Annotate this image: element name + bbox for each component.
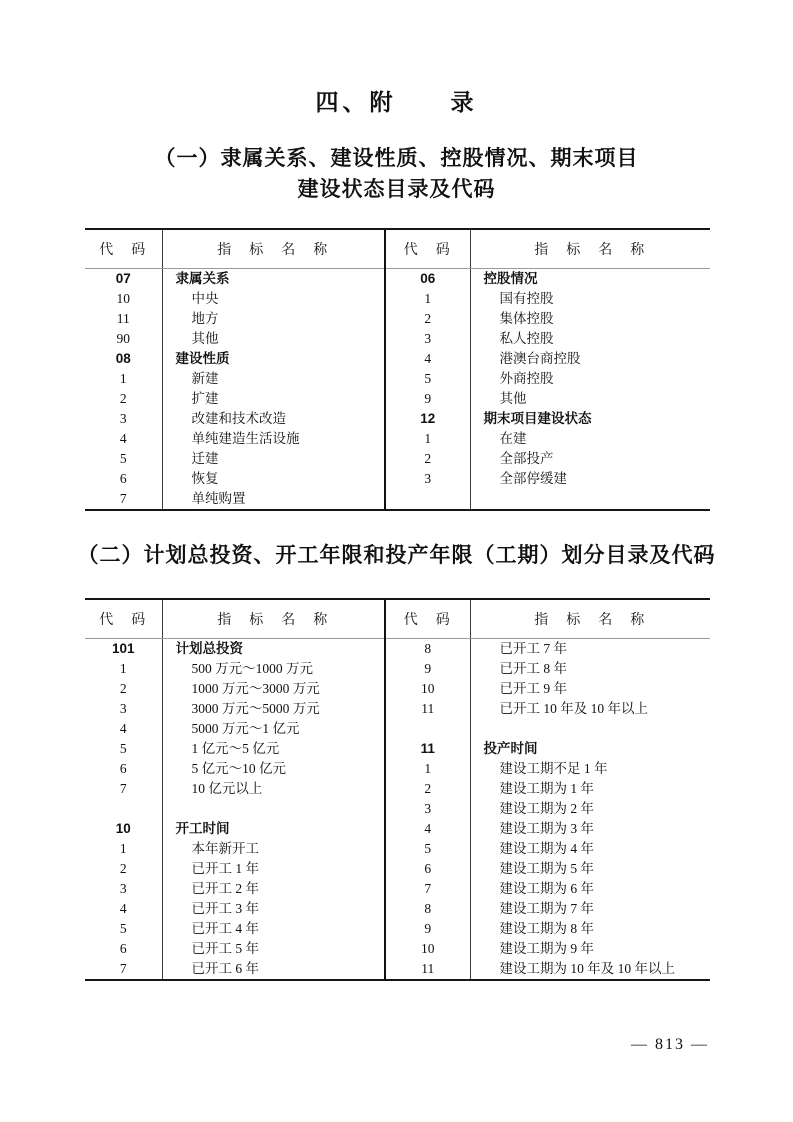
code-cell: 2 bbox=[85, 389, 162, 409]
indicator-name-cell: 中央 bbox=[162, 289, 385, 309]
code-cell: 12 bbox=[385, 409, 470, 429]
code-cell: 7 bbox=[85, 489, 162, 510]
table-row: 65 亿元～10 亿元1建设工期不足 1 年 bbox=[85, 759, 710, 779]
indicator-name-cell: 已开工 2 年 bbox=[162, 879, 385, 899]
page-title: 四、附 录 bbox=[0, 84, 793, 117]
code-cell: 9 bbox=[385, 389, 470, 409]
indicator-name-cell: 本年新开工 bbox=[162, 839, 385, 859]
code-cell: 5 bbox=[385, 839, 470, 859]
table-row: 5已开工 4 年9建设工期为 8 年 bbox=[85, 919, 710, 939]
indicator-name-cell: 建设工期为 10 年及 10 年以上 bbox=[470, 959, 710, 980]
section1-title: （一）隶属关系、建设性质、控股情况、期末项目 建设状态目录及代码 bbox=[0, 143, 793, 205]
code-cell: 3 bbox=[385, 469, 470, 489]
indicator-name-cell: 国有控股 bbox=[470, 289, 710, 309]
code-cell: 4 bbox=[85, 899, 162, 919]
indicator-name-cell: 建设工期为 4 年 bbox=[470, 839, 710, 859]
table-row: 11地方2集体控股 bbox=[85, 309, 710, 329]
code-cell: 08 bbox=[85, 349, 162, 369]
indicator-name-cell: 1 亿元～5 亿元 bbox=[162, 739, 385, 759]
indicator-name-cell: 10 亿元以上 bbox=[162, 779, 385, 799]
code-cell bbox=[85, 799, 162, 819]
code-cell: 10 bbox=[85, 289, 162, 309]
code-cell: 2 bbox=[385, 449, 470, 469]
table-row: 90其他3私人控股 bbox=[85, 329, 710, 349]
code-cell: 9 bbox=[385, 659, 470, 679]
document-page: 四、附 录 （一）隶属关系、建设性质、控股情况、期末项目 建设状态目录及代码 代… bbox=[0, 0, 793, 1122]
indicator-name-cell: 计划总投资 bbox=[162, 638, 385, 659]
header-code-right: 代 码 bbox=[385, 599, 470, 638]
code-cell: 1 bbox=[85, 659, 162, 679]
table-row: 710 亿元以上2建设工期为 1 年 bbox=[85, 779, 710, 799]
header-name-left: 指 标 名 称 bbox=[162, 229, 385, 268]
indicator-name-cell: 新建 bbox=[162, 369, 385, 389]
indicator-name-cell: 建设工期为 9 年 bbox=[470, 939, 710, 959]
code-cell: 10 bbox=[385, 939, 470, 959]
table-row: 10开工时间4建设工期为 3 年 bbox=[85, 819, 710, 839]
code-cell bbox=[385, 719, 470, 739]
indicator-name-cell: 私人控股 bbox=[470, 329, 710, 349]
indicator-name-cell: 外商控股 bbox=[470, 369, 710, 389]
table-header-row: 代 码 指 标 名 称 代 码 指 标 名 称 bbox=[85, 599, 710, 638]
indicator-name-cell: 隶属关系 bbox=[162, 268, 385, 289]
indicator-name-cell: 建设工期为 5 年 bbox=[470, 859, 710, 879]
code-cell: 06 bbox=[385, 268, 470, 289]
code-cell: 3 bbox=[85, 699, 162, 719]
code-cell: 5 bbox=[85, 919, 162, 939]
table1-body: 07隶属关系06控股情况10中央1国有控股11地方2集体控股90其他3私人控股0… bbox=[85, 268, 710, 510]
code-cell: 07 bbox=[85, 268, 162, 289]
code-cell: 8 bbox=[385, 638, 470, 659]
table-header-row: 代 码 指 标 名 称 代 码 指 标 名 称 bbox=[85, 229, 710, 268]
indicator-name-cell: 建设性质 bbox=[162, 349, 385, 369]
indicator-name-cell: 迁建 bbox=[162, 449, 385, 469]
code-cell: 3 bbox=[85, 879, 162, 899]
indicator-name-cell: 建设工期为 3 年 bbox=[470, 819, 710, 839]
code-cell: 6 bbox=[385, 859, 470, 879]
indicator-name-cell: 3000 万元～5000 万元 bbox=[162, 699, 385, 719]
code-cell: 5 bbox=[85, 449, 162, 469]
code-cell: 11 bbox=[385, 739, 470, 759]
table-row: 4已开工 3 年8建设工期为 7 年 bbox=[85, 899, 710, 919]
code-cell: 1 bbox=[385, 429, 470, 449]
code-cell: 5 bbox=[85, 739, 162, 759]
code-cell: 4 bbox=[85, 429, 162, 449]
indicator-name-cell: 港澳台商控股 bbox=[470, 349, 710, 369]
table-row: 1新建5外商控股 bbox=[85, 369, 710, 389]
table2-header: 代 码 指 标 名 称 代 码 指 标 名 称 bbox=[85, 599, 710, 638]
table-row: 1本年新开工5建设工期为 4 年 bbox=[85, 839, 710, 859]
indicator-name-cell: 已开工 3 年 bbox=[162, 899, 385, 919]
indicator-name-cell: 单纯建造生活设施 bbox=[162, 429, 385, 449]
code-cell: 2 bbox=[385, 779, 470, 799]
section2-title: （二）计划总投资、开工年限和投产年限（工期）划分目录及代码 bbox=[0, 540, 793, 571]
header-name-right: 指 标 名 称 bbox=[470, 599, 710, 638]
table-row: 3建设工期为 2 年 bbox=[85, 799, 710, 819]
code-cell: 3 bbox=[385, 329, 470, 349]
code-cell: 7 bbox=[85, 779, 162, 799]
indicator-name-cell: 期末项目建设状态 bbox=[470, 409, 710, 429]
indicator-name-cell: 500 万元～1000 万元 bbox=[162, 659, 385, 679]
code-cell: 2 bbox=[385, 309, 470, 329]
code-cell: 90 bbox=[85, 329, 162, 349]
table-row: 08建设性质4港澳台商控股 bbox=[85, 349, 710, 369]
indicator-name-cell: 全部停缓建 bbox=[470, 469, 710, 489]
indicator-name-cell: 开工时间 bbox=[162, 819, 385, 839]
indicator-name-cell: 地方 bbox=[162, 309, 385, 329]
indicator-name-cell: 改建和技术改造 bbox=[162, 409, 385, 429]
table1-header: 代 码 指 标 名 称 代 码 指 标 名 称 bbox=[85, 229, 710, 268]
code-cell: 10 bbox=[85, 819, 162, 839]
code-cell: 3 bbox=[385, 799, 470, 819]
indicator-name-cell: 已开工 7 年 bbox=[470, 638, 710, 659]
table-row: 6已开工 5 年10建设工期为 9 年 bbox=[85, 939, 710, 959]
header-code-right: 代 码 bbox=[385, 229, 470, 268]
header-code-left: 代 码 bbox=[85, 229, 162, 268]
codes-table-investment-duration: 代 码 指 标 名 称 代 码 指 标 名 称 101计划总投资8已开工 7 年… bbox=[85, 598, 710, 981]
code-cell: 4 bbox=[385, 819, 470, 839]
indicator-name-cell: 建设工期为 2 年 bbox=[470, 799, 710, 819]
code-cell: 9 bbox=[385, 919, 470, 939]
table-row: 21000 万元～3000 万元10已开工 9 年 bbox=[85, 679, 710, 699]
code-cell: 1 bbox=[385, 759, 470, 779]
code-cell: 6 bbox=[85, 759, 162, 779]
indicator-name-cell: 其他 bbox=[470, 389, 710, 409]
code-cell: 7 bbox=[85, 959, 162, 980]
header-name-left: 指 标 名 称 bbox=[162, 599, 385, 638]
indicator-name-cell: 建设工期为 8 年 bbox=[470, 919, 710, 939]
code-cell: 2 bbox=[85, 859, 162, 879]
table-row: 5迁建2全部投产 bbox=[85, 449, 710, 469]
page-number: — 813 — bbox=[631, 1036, 709, 1054]
table-row: 2扩建9其他 bbox=[85, 389, 710, 409]
table2-body: 101计划总投资8已开工 7 年1500 万元～1000 万元9已开工 8 年2… bbox=[85, 638, 710, 980]
code-cell: 4 bbox=[385, 349, 470, 369]
indicator-name-cell bbox=[470, 489, 710, 510]
table-row: 3改建和技术改造12期末项目建设状态 bbox=[85, 409, 710, 429]
code-cell: 8 bbox=[385, 899, 470, 919]
indicator-name-cell bbox=[470, 719, 710, 739]
indicator-name-cell: 控股情况 bbox=[470, 268, 710, 289]
code-cell: 7 bbox=[385, 879, 470, 899]
code-cell: 6 bbox=[85, 939, 162, 959]
table-row: 07隶属关系06控股情况 bbox=[85, 268, 710, 289]
indicator-name-cell: 已开工 1 年 bbox=[162, 859, 385, 879]
code-cell: 3 bbox=[85, 409, 162, 429]
indicator-name-cell: 投产时间 bbox=[470, 739, 710, 759]
indicator-name-cell: 已开工 10 年及 10 年以上 bbox=[470, 699, 710, 719]
indicator-name-cell: 5000 万元～1 亿元 bbox=[162, 719, 385, 739]
table-row: 1500 万元～1000 万元9已开工 8 年 bbox=[85, 659, 710, 679]
code-cell: 5 bbox=[385, 369, 470, 389]
indicator-name-cell: 集体控股 bbox=[470, 309, 710, 329]
table-row: 7单纯购置 bbox=[85, 489, 710, 510]
table-row: 101计划总投资8已开工 7 年 bbox=[85, 638, 710, 659]
indicator-name-cell: 建设工期不足 1 年 bbox=[470, 759, 710, 779]
indicator-name-cell: 恢复 bbox=[162, 469, 385, 489]
code-cell: 1 bbox=[85, 839, 162, 859]
table-row: 6恢复3全部停缓建 bbox=[85, 469, 710, 489]
indicator-name-cell bbox=[162, 799, 385, 819]
code-cell: 101 bbox=[85, 638, 162, 659]
codes-table-affiliation-status: 代 码 指 标 名 称 代 码 指 标 名 称 07隶属关系06控股情况10中央… bbox=[85, 228, 710, 511]
table-row: 33000 万元～5000 万元11已开工 10 年及 10 年以上 bbox=[85, 699, 710, 719]
indicator-name-cell: 1000 万元～3000 万元 bbox=[162, 679, 385, 699]
code-cell: 4 bbox=[85, 719, 162, 739]
header-name-right: 指 标 名 称 bbox=[470, 229, 710, 268]
indicator-name-cell: 已开工 5 年 bbox=[162, 939, 385, 959]
indicator-name-cell: 已开工 4 年 bbox=[162, 919, 385, 939]
indicator-name-cell: 单纯购置 bbox=[162, 489, 385, 510]
table-row: 51 亿元～5 亿元11投产时间 bbox=[85, 739, 710, 759]
code-cell bbox=[385, 489, 470, 510]
table-row: 3已开工 2 年7建设工期为 6 年 bbox=[85, 879, 710, 899]
table-row: 2已开工 1 年6建设工期为 5 年 bbox=[85, 859, 710, 879]
indicator-name-cell: 已开工 8 年 bbox=[470, 659, 710, 679]
code-cell: 6 bbox=[85, 469, 162, 489]
code-cell: 11 bbox=[85, 309, 162, 329]
indicator-name-cell: 5 亿元～10 亿元 bbox=[162, 759, 385, 779]
table-row: 45000 万元～1 亿元 bbox=[85, 719, 710, 739]
code-cell: 1 bbox=[85, 369, 162, 389]
code-cell: 11 bbox=[385, 959, 470, 980]
table-row: 10中央1国有控股 bbox=[85, 289, 710, 309]
section1-title-line2: 建设状态目录及代码 bbox=[0, 174, 793, 205]
code-cell: 1 bbox=[385, 289, 470, 309]
indicator-name-cell: 建设工期为 1 年 bbox=[470, 779, 710, 799]
table-row: 4单纯建造生活设施1在建 bbox=[85, 429, 710, 449]
table-row: 7已开工 6 年11建设工期为 10 年及 10 年以上 bbox=[85, 959, 710, 980]
indicator-name-cell: 在建 bbox=[470, 429, 710, 449]
section1-title-line1: （一）隶属关系、建设性质、控股情况、期末项目 bbox=[0, 143, 793, 174]
indicator-name-cell: 建设工期为 7 年 bbox=[470, 899, 710, 919]
indicator-name-cell: 扩建 bbox=[162, 389, 385, 409]
code-cell: 11 bbox=[385, 699, 470, 719]
indicator-name-cell: 全部投产 bbox=[470, 449, 710, 469]
indicator-name-cell: 其他 bbox=[162, 329, 385, 349]
header-code-left: 代 码 bbox=[85, 599, 162, 638]
indicator-name-cell: 建设工期为 6 年 bbox=[470, 879, 710, 899]
indicator-name-cell: 已开工 6 年 bbox=[162, 959, 385, 980]
indicator-name-cell: 已开工 9 年 bbox=[470, 679, 710, 699]
code-cell: 2 bbox=[85, 679, 162, 699]
code-cell: 10 bbox=[385, 679, 470, 699]
